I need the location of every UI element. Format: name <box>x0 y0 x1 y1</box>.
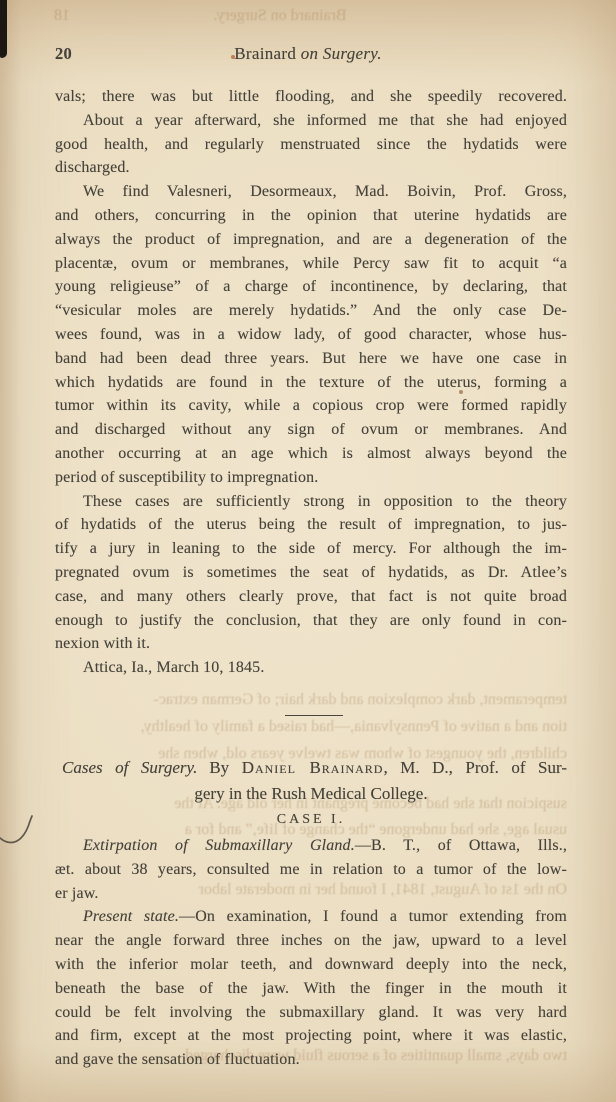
text-line: enough to justify the conclusion, that t… <box>55 609 567 633</box>
scan-edge-shadow <box>0 0 7 58</box>
text-line: good health, and regularly menstruated s… <box>55 133 567 157</box>
text-line: wees found, was in a widow lady, of good… <box>55 323 567 347</box>
text-line: always the product of impregnation, and … <box>55 228 567 252</box>
text-line: discharged. <box>55 156 567 180</box>
text-line: These cases are sufficiently strong in o… <box>55 490 567 514</box>
text-line: placentæ, ovum or membranes, while Percy… <box>55 252 567 276</box>
section-divider-rule <box>285 715 343 716</box>
case-heading: CASE I. <box>55 810 567 830</box>
text-line: tumor within its cavity, while a copious… <box>55 394 567 418</box>
text-line: band had been dead three years. But here… <box>55 347 567 371</box>
text-line: young religieuse” of a charge of inconti… <box>55 275 567 299</box>
text-line: tify a jury in leaning to the side of me… <box>55 537 567 561</box>
text-line: vals; there was but little flooding, and… <box>55 85 567 109</box>
text-line: About a year afterward, she informed me … <box>55 109 567 133</box>
text-line: pregnated ovum is sometimes the seat of … <box>55 561 567 585</box>
text-line: and discharged without any sign of ovum … <box>55 418 567 442</box>
bleedthrough-text: Brainard on Surgery. <box>150 6 410 26</box>
article-body-case1: Extirpation of Submaxillary Gland.—B. T.… <box>55 834 567 1072</box>
bleedthrough-text: 18 <box>20 6 70 26</box>
bleedthrough-text: tion and a native of Pennsylvania,—had r… <box>55 717 567 737</box>
text-line: of hydatids of the uterus being the resu… <box>55 513 567 537</box>
running-head-work: on Surgery. <box>301 44 382 63</box>
dateline: Attica, Ia., March 10, 1845. <box>55 656 567 680</box>
article-title-italic: Cases of Surgery. <box>62 758 197 777</box>
article-title-line2: gery in the Rush Medical College. <box>55 783 567 805</box>
text-line: and gave the sensation of fluctuation. <box>55 1048 567 1072</box>
ink-speck <box>231 55 235 59</box>
text-line: with the inferior molar teeth, and downw… <box>55 953 567 977</box>
text-line: nexion with it. <box>55 632 567 656</box>
text-line: case, and many others clearly prove, tha… <box>55 585 567 609</box>
text-line: and firm, except at the most projecting … <box>55 1024 567 1048</box>
text-line: æt. about 38 years, consulted me in rela… <box>55 858 567 882</box>
text-segment: —On examination, I found a tumor extendi… <box>179 908 567 925</box>
text-line: Extirpation of Submaxillary Gland.—B. T.… <box>55 834 567 858</box>
scanned-book-page: Brainard on Surgery. 18 temperament, dar… <box>0 0 616 1102</box>
article-byline: By <box>209 758 229 777</box>
running-head: 20 Brainard on Surgery. <box>0 44 616 64</box>
text-line: er jaw. <box>55 882 567 906</box>
text-line: near the angle forward three inches on t… <box>55 929 567 953</box>
text-line: beneath the base of the jaw. With the fi… <box>55 977 567 1001</box>
present-state-italic: Present state. <box>83 908 179 925</box>
text-line: Present state.—On examination, I found a… <box>55 905 567 929</box>
text-line: period of susceptibility to impregnation… <box>55 466 567 490</box>
text-line: We find Valesneri, Desormeaux, Mad. Boiv… <box>55 180 567 204</box>
article-title: Cases of Surgery.By Daniel Brainard, M. … <box>62 757 567 779</box>
text-line: and others, concurring in the opinion th… <box>55 204 567 228</box>
pen-mark <box>0 814 40 846</box>
running-head-author: Brainard <box>234 44 296 63</box>
case-subject-italic: Extirpation of Submaxillary Gland. <box>83 837 355 854</box>
text-segment: —B. T., of Ottawa, Ills., <box>355 837 567 854</box>
article-body-hydatids: vals; there was but little flooding, and… <box>55 85 567 680</box>
article-author-titles: , M. D., Prof. of Sur- <box>383 758 567 777</box>
running-head-title: Brainard on Surgery. <box>0 44 616 64</box>
bleedthrough-text: temperament, dark complexion and dark ha… <box>55 690 567 710</box>
text-line: “vesicular moles are merely hydatids.” A… <box>55 299 567 323</box>
text-line: another occurring at an age which is alm… <box>55 442 567 466</box>
text-line: which hydatids are found in the texture … <box>55 371 567 395</box>
text-line: could be felt involving the submaxillary… <box>55 1001 567 1025</box>
article-author: Daniel Brainard <box>242 758 384 777</box>
